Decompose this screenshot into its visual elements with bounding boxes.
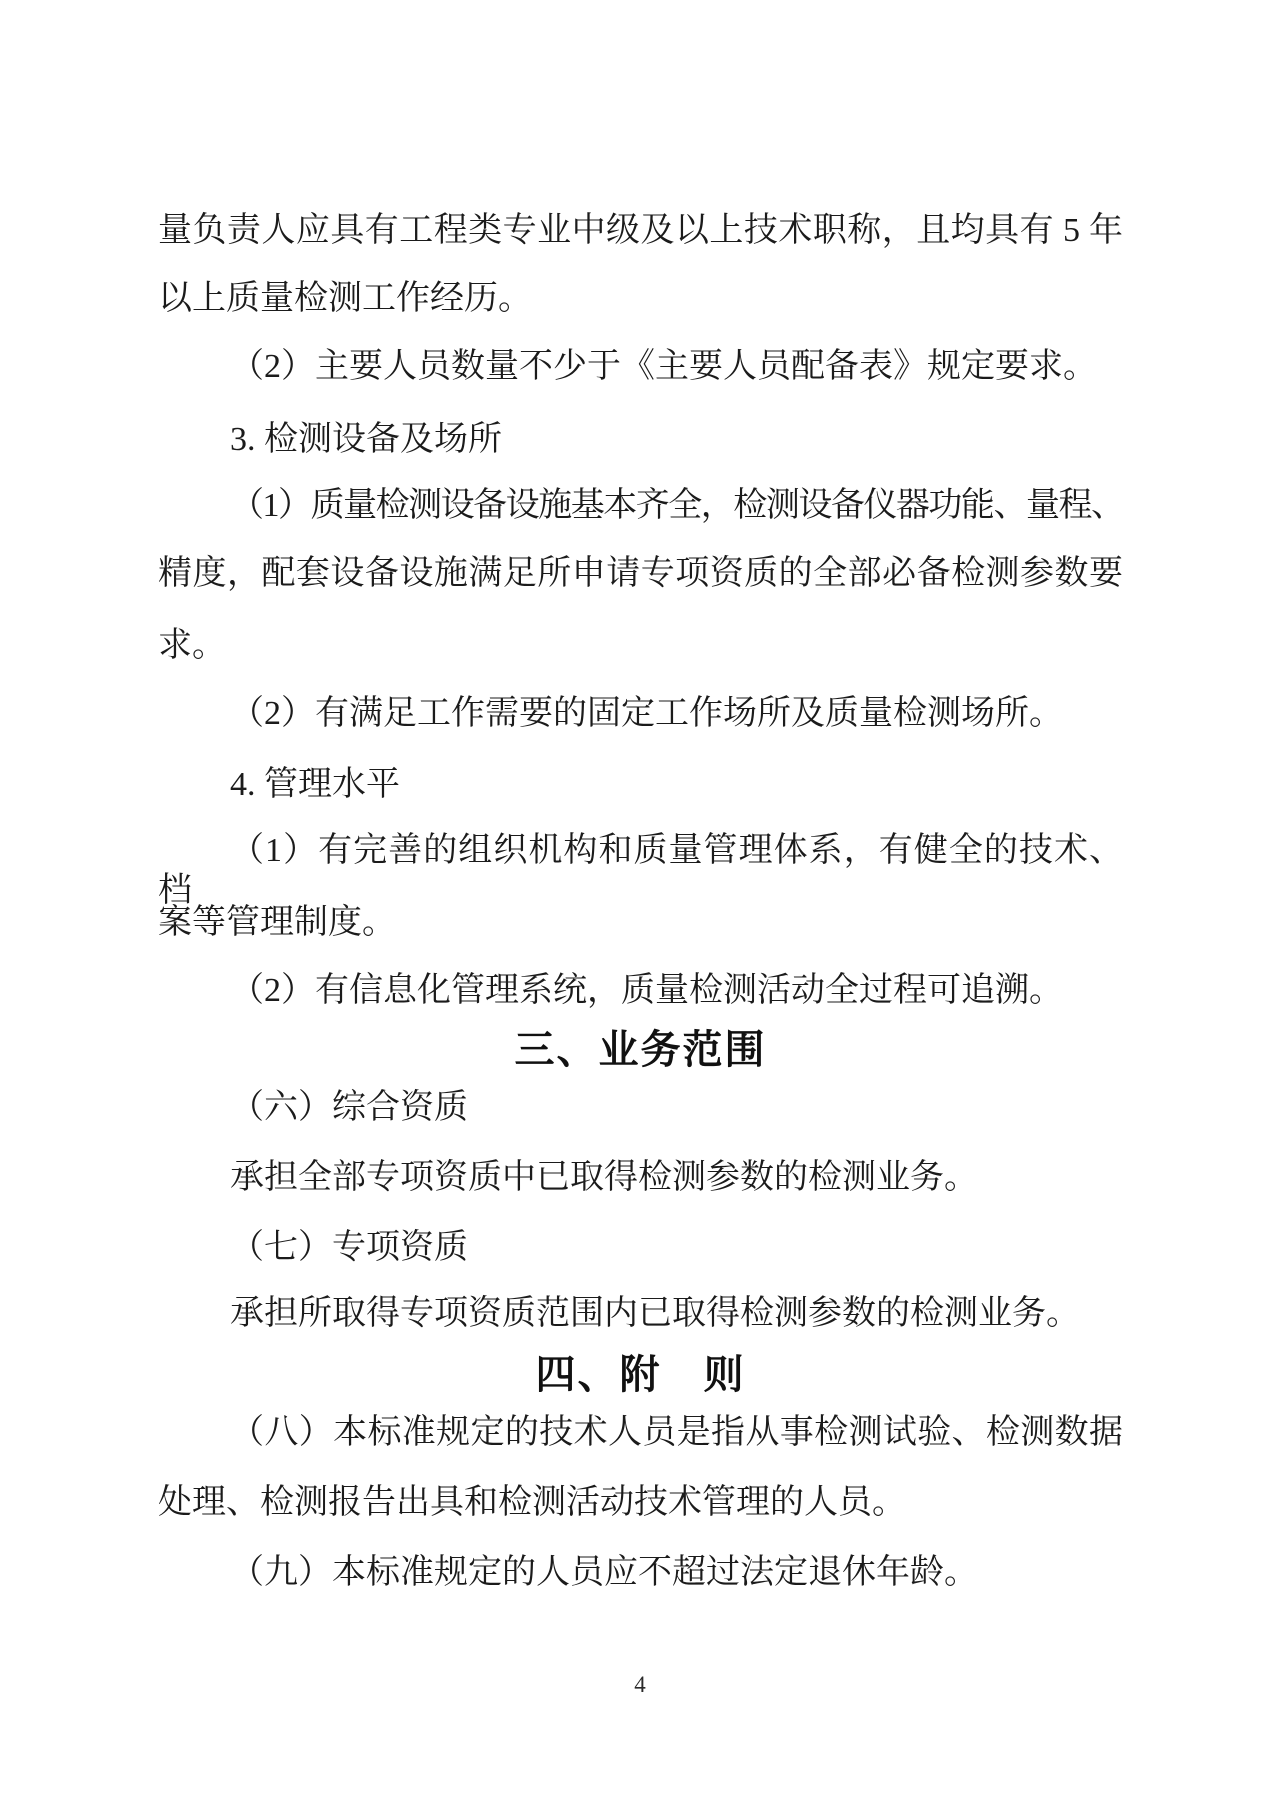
text-line-13: （六）综合资质	[158, 1088, 1123, 1128]
heading-section-appendix: 四、附 则	[158, 1351, 1123, 1399]
text-line-3: （2）主要人员数量不少于《主要人员配备表》规定要求。	[158, 347, 1123, 387]
text-line-6: 精度，配套设备设施满足所申请专项资质的全部必备检测参数要	[158, 554, 1123, 594]
text-line-16: 承担所取得专项资质范围内已取得检测参数的检测业务。	[158, 1294, 1123, 1334]
text-line-5: （1）质量检测设备设施基本齐全，检测设备仪器功能、量程、	[158, 486, 1123, 526]
text-line-7: 求。	[158, 626, 1123, 666]
text-line-4-numbered-item: 3. 检测设备及场所	[158, 420, 1123, 460]
text-line-15: （七）专项资质	[158, 1228, 1123, 1268]
text-line-17: （八）本标准规定的技术人员是指从事检测试验、检测数据	[158, 1413, 1123, 1453]
page-number: 4	[0, 1672, 1280, 1698]
text-line-8: （2）有满足工作需要的固定工作场所及质量检测场所。	[158, 694, 1123, 734]
document-page: 量负责人应具有工程类专业中级及以上技术职称，且均具有 5 年 以上质量检测工作经…	[0, 0, 1280, 1810]
heading-section-business-scope: 三、业务范围	[158, 1026, 1123, 1074]
text-line-14: 承担全部专项资质中已取得检测参数的检测业务。	[158, 1158, 1123, 1198]
text-line-9-numbered-item: 4. 管理水平	[158, 765, 1123, 805]
text-line-1: 量负责人应具有工程类专业中级及以上技术职称，且均具有 5 年	[158, 211, 1123, 251]
text-line-19: （九）本标准规定的人员应不超过法定退休年龄。	[158, 1553, 1123, 1593]
text-line-18: 处理、检测报告出具和检测活动技术管理的人员。	[158, 1483, 1123, 1523]
text-line-11: 案等管理制度。	[158, 903, 1123, 943]
text-line-10: （1）有完善的组织机构和质量管理体系，有健全的技术、档	[158, 831, 1123, 911]
text-line-12: （2）有信息化管理系统，质量检测活动全过程可追溯。	[158, 971, 1123, 1011]
text-line-2: 以上质量检测工作经历。	[158, 279, 1123, 319]
